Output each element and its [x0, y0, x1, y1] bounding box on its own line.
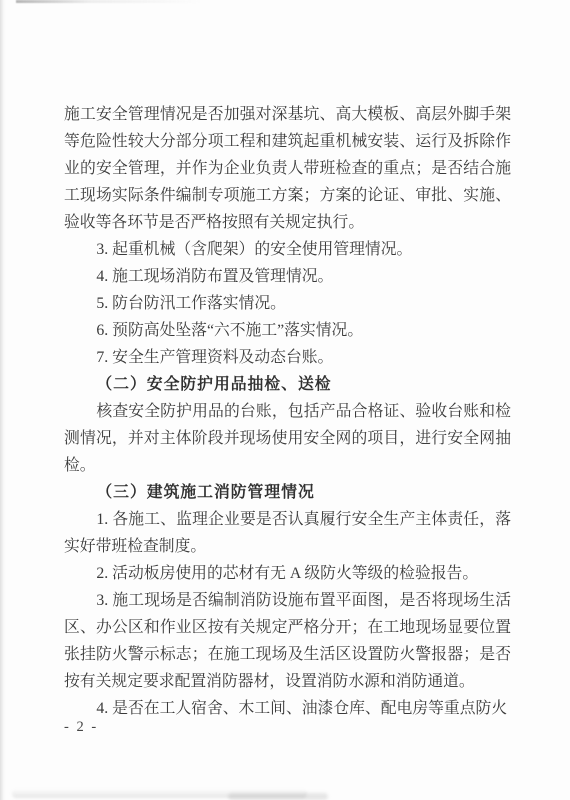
- text-line: 6. 预防高处坠落“六不施工”落实情况。: [64, 317, 511, 344]
- paragraph: 核查安全防护用品的台账，包括产品合格证、验收台账和检测情况，并对主体阶段并现场使…: [64, 398, 511, 479]
- text-line: 1. 各施工、监理企业要是否认真履行安全生产主体责任，落: [64, 506, 511, 533]
- text-line: 验收等各环节是否严格按照有关规定执行。: [64, 209, 511, 236]
- text-line: （二）安全防护用品抽检、送检: [64, 371, 511, 398]
- text-block: 施工安全管理情况是否加强对深基坑、高大模板、高层外脚手架等危险性较大分部分项工程…: [64, 101, 511, 722]
- text-line: 区、办公区和作业区按有关规定严格分开；在工地现场显要位置: [64, 614, 511, 641]
- text-line: 4. 施工现场消防布置及管理情况。: [64, 263, 511, 290]
- paragraph: 4. 是否在工人宿舍、木工间、油漆仓库、配电房等重点防火: [64, 695, 511, 722]
- text-line: 施工安全管理情况是否加强对深基坑、高大模板、高层外脚手架: [64, 101, 511, 128]
- paragraph: 4. 施工现场消防布置及管理情况。: [64, 263, 511, 290]
- paragraph: 3. 起重机械（含爬架）的安全使用管理情况。: [64, 236, 511, 263]
- section-heading: （三）建筑施工消防管理情况: [64, 479, 511, 506]
- scanned-document-page: 施工安全管理情况是否加强对深基坑、高大模板、高层外脚手架等危险性较大分部分项工程…: [0, 0, 570, 800]
- text-line: 3. 施工现场是否编制消防设施布置平面图，是否将现场生活: [64, 587, 511, 614]
- text-line: 7. 安全生产管理资料及动态台账。: [64, 344, 511, 371]
- paragraph: 7. 安全生产管理资料及动态台账。: [64, 344, 511, 371]
- paragraph: 2. 活动板房使用的芯材有无 A 级防火等级的检验报告。: [64, 560, 511, 587]
- section-heading: （二）安全防护用品抽检、送检: [64, 371, 511, 398]
- text-line: 业的安全管理，并作为企业负责人带班检查的重点；是否结合施: [64, 155, 511, 182]
- text-line: 2. 活动板房使用的芯材有无 A 级防火等级的检验报告。: [64, 560, 511, 587]
- text-line: 等危险性较大分部分项工程和建筑起重机械安装、运行及拆除作: [64, 128, 511, 155]
- text-line: 张挂防火警示标志；在施工现场及生活区设置防火警报器；是否: [64, 641, 511, 668]
- text-line: 实好带班检查制度。: [64, 533, 511, 560]
- text-line: （三）建筑施工消防管理情况: [64, 479, 511, 506]
- paragraph: 施工安全管理情况是否加强对深基坑、高大模板、高层外脚手架等危险性较大分部分项工程…: [64, 101, 511, 236]
- scan-artifact-top-smudge: [16, 0, 201, 3]
- scan-artifact-left-edge: [0, 0, 6, 800]
- text-line: 测情况，并对主体阶段并现场使用安全网的项目，进行安全网抽: [64, 425, 511, 452]
- text-line: 5. 防台防汛工作落实情况。: [64, 290, 511, 317]
- scan-artifact-bottom-smudge-2: [228, 793, 328, 800]
- text-line: 4. 是否在工人宿舍、木工间、油漆仓库、配电房等重点防火: [64, 695, 511, 722]
- paragraph: 1. 各施工、监理企业要是否认真履行安全生产主体责任，落实好带班检查制度。: [64, 506, 511, 560]
- text-line: 核查安全防护用品的台账，包括产品合格证、验收台账和检: [64, 398, 511, 425]
- text-line: 工现场实际条件编制专项施工方案；方案的论证、审批、实施、: [64, 182, 511, 209]
- text-line: 按有关规定要求配置消防器材，设置消防水源和消防通道。: [64, 668, 511, 695]
- page-number: - 2 -: [64, 719, 98, 736]
- text-line: 3. 起重机械（含爬架）的安全使用管理情况。: [64, 236, 511, 263]
- text-line: 检。: [64, 452, 511, 479]
- paragraph: 5. 防台防汛工作落实情况。: [64, 290, 511, 317]
- paragraph: 6. 预防高处坠落“六不施工”落实情况。: [64, 317, 511, 344]
- paragraph: 3. 施工现场是否编制消防设施布置平面图，是否将现场生活区、办公区和作业区按有关…: [64, 587, 511, 695]
